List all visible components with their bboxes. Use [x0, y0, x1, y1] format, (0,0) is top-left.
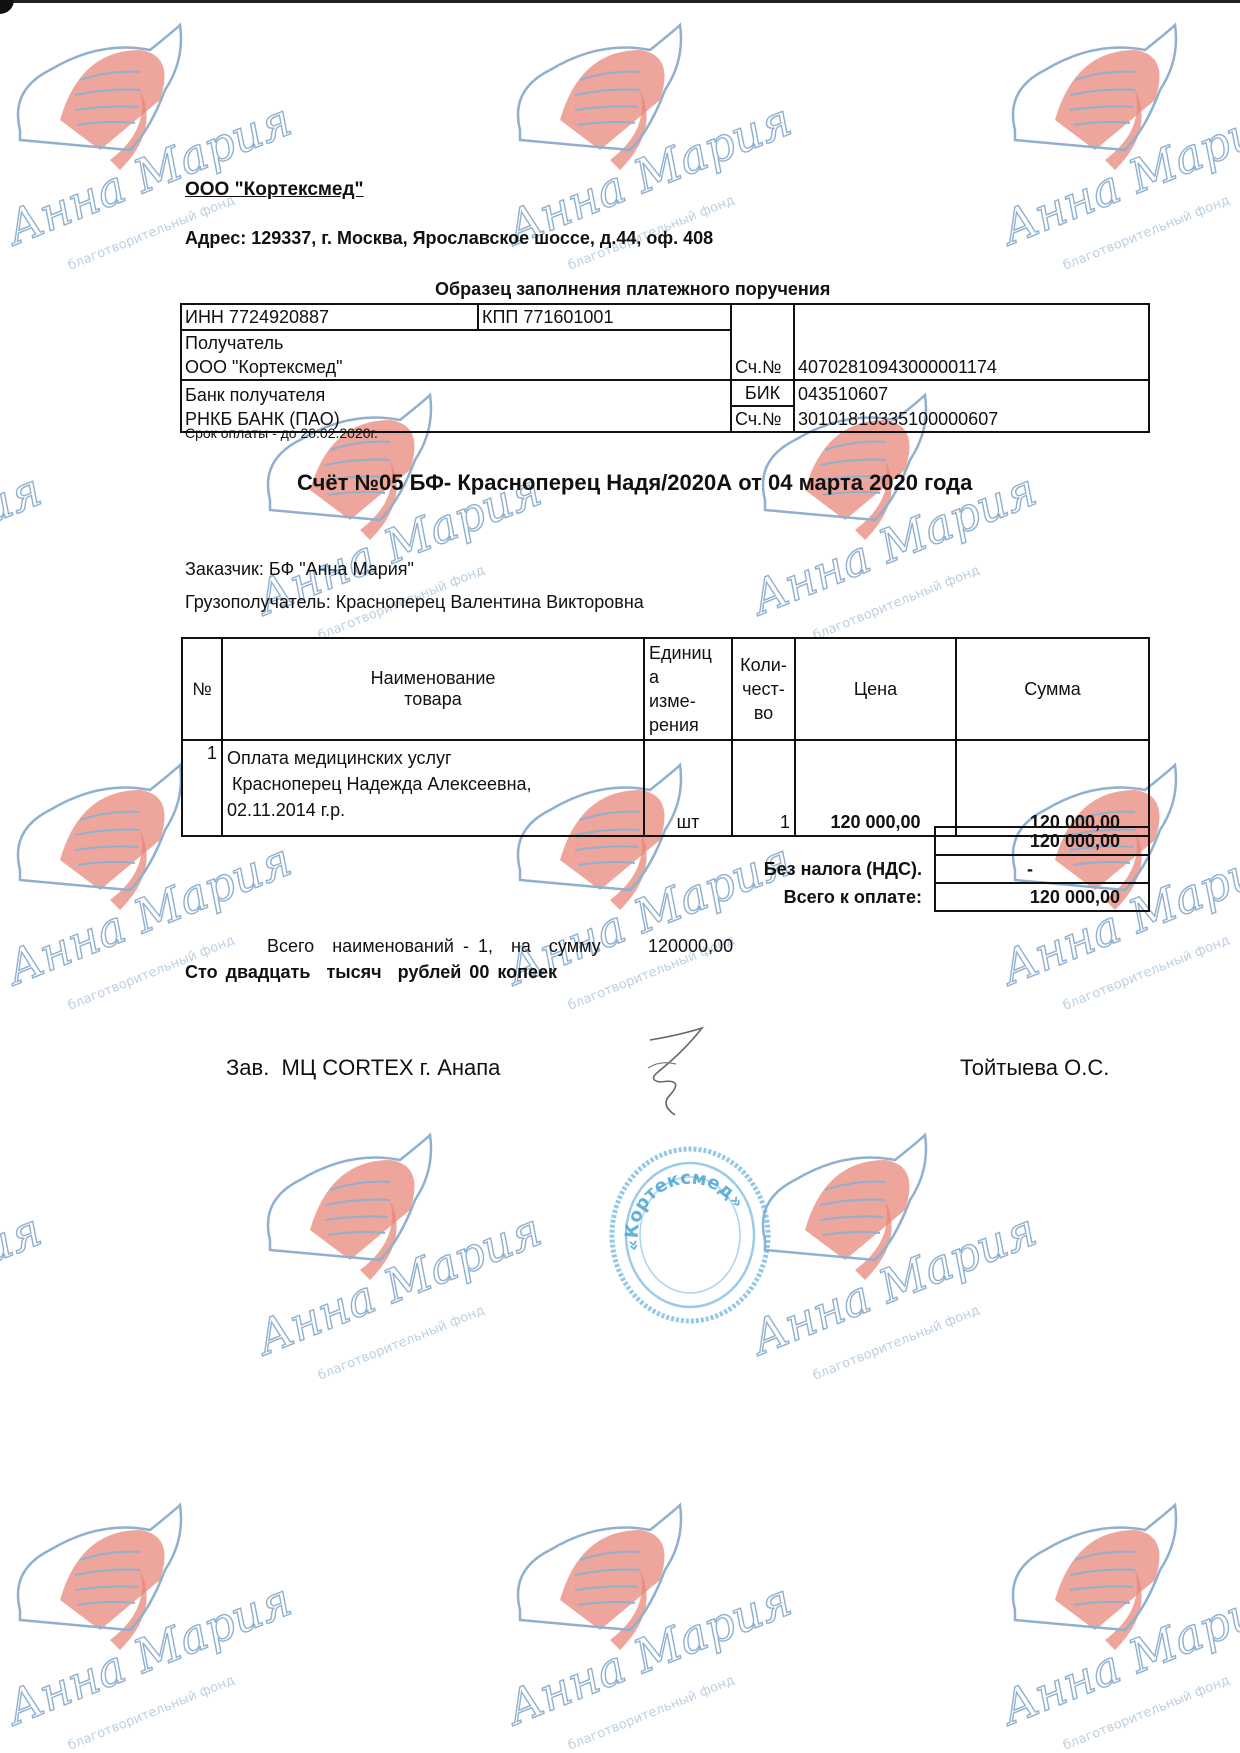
subtotal-label: [700, 827, 935, 855]
svg-text:Анна Мария: Анна Мария: [745, 1202, 1044, 1366]
svg-text:благотворительный фонд: благотворительный фонд: [66, 1673, 237, 1753]
col-qty: Коли- чест- во: [732, 638, 795, 740]
customer-line: Заказчик: БФ "Анна Мария": [185, 559, 414, 580]
account-label: Сч.№: [731, 330, 794, 380]
col-sum: Сумма: [956, 638, 1149, 740]
col-qty-line3: во: [737, 701, 790, 725]
scan-corner: [0, 0, 14, 14]
corr-account-label: Сч.№: [731, 406, 794, 432]
col-unit-line2: а: [649, 665, 727, 689]
svg-text:благотворительный фонд: благотворительный фонд: [1061, 1673, 1232, 1753]
col-unit-line3: изме-: [649, 689, 727, 713]
col-price: Цена: [795, 638, 956, 740]
signatory-role: Зав. МЦ CORTEX г. Анапа: [226, 1055, 500, 1081]
charity-watermark: Анна Мария благотворительный фонд: [500, 1490, 800, 1753]
charity-watermark: Анна Мария благотворительный фонд: [0, 380, 50, 650]
row-price: 120 000,00: [795, 740, 956, 836]
bank-label: Банк получателя: [185, 383, 727, 407]
payment-sample-title: Образец заполнения платежного поручения: [435, 279, 830, 300]
account-label-top: [731, 304, 794, 330]
charity-watermark: Анна Мария благотворительный фонд: [0, 1120, 50, 1390]
svg-text:Анна Мария: Анна Мария: [0, 1202, 49, 1366]
row-name: Оплата медицинских услуг Красноперец Над…: [222, 740, 644, 836]
svg-text:Анна Мария: Анна Мария: [0, 1572, 299, 1736]
account-top-empty: [794, 304, 1149, 330]
row-unit: шт: [644, 740, 732, 836]
svg-text:благотворительный фонд: благотворительный фонд: [811, 563, 982, 644]
items-header-row: № Наименование товара Единиц а изме- рен…: [182, 638, 1149, 740]
consignee-line: Грузополучатель: Красноперец Валентина В…: [185, 592, 644, 613]
row-name-line1: Оплата медицинских услуг: [227, 745, 639, 771]
invoice-title: Счёт №05 БФ- Красноперец Надя/2020А от 0…: [297, 470, 972, 496]
recipient-label: Получатель: [185, 331, 727, 355]
col-qty-line2: чест-: [737, 677, 790, 701]
company-stamp: «Кортексмед»: [605, 1140, 775, 1330]
inn-cell: ИНН 7724920887: [181, 304, 478, 330]
charity-watermark: Анна Мария благотворительный фонд: [745, 1120, 1045, 1390]
bank-details-table: ИНН 7724920887 КПП 771601001 Получатель …: [180, 303, 1150, 433]
subtotal-value: 120 000,00: [935, 827, 1149, 855]
vat-label: Без налога (НДС).: [700, 855, 935, 883]
col-unit-line1: Единиц: [649, 641, 727, 665]
bik-value: 043510607: [794, 380, 1149, 406]
page-top-edge: [0, 0, 1240, 3]
col-unit: Единиц а изме- рения: [644, 638, 732, 740]
company-name: ООО "Кортексмед": [185, 179, 364, 201]
col-name-line2: товара: [227, 689, 639, 710]
handwritten-signature: [630, 1020, 720, 1120]
row-qty: 1: [732, 740, 795, 836]
row-sum: 120 000,00: [956, 740, 1149, 836]
items-count-sum: 120000,00: [648, 936, 733, 957]
row-name-line2: Красноперец Надежда Алексеевна,: [227, 771, 639, 797]
items-table: № Наименование товара Единиц а изме- рен…: [181, 637, 1150, 837]
svg-text:«Кортексмед»: «Кортексмед»: [622, 1167, 749, 1252]
kpp-cell: КПП 771601001: [478, 304, 731, 330]
col-num: №: [182, 638, 222, 740]
charity-watermark: Анна Мария благотворительный фонд: [0, 1490, 300, 1753]
svg-text:благотворительный фонд: благотворительный фонд: [811, 1303, 982, 1384]
table-row: 1 Оплата медицинских услуг Красноперец Н…: [182, 740, 1149, 836]
col-name: Наименование товара: [222, 638, 644, 740]
amount-in-words: Сто двадцать тысяч рублей 00 копеек: [185, 962, 557, 983]
col-name-line1: Наименование: [227, 668, 639, 689]
svg-text:Анна Мария: Анна Мария: [250, 1202, 549, 1366]
charity-watermark: Анна Мария благотворительный фонд: [995, 10, 1240, 280]
payment-deadline: Срок оплаты - до 20.02.2020г.: [185, 425, 378, 441]
charity-watermark: Анна Мария благотворительный фонд: [250, 1120, 550, 1390]
svg-text:благотворительный фонд: благотворительный фонд: [1061, 933, 1232, 1014]
svg-text:Анна Мария: Анна Мария: [995, 92, 1240, 256]
items-count-line: Всего наименований - 1, на сумму: [267, 936, 601, 957]
bik-label: БИК: [731, 380, 794, 406]
signatory-name: Тойтыева О.С.: [960, 1055, 1109, 1081]
charity-watermark: Анна Мария благотворительный фонд: [995, 1490, 1240, 1753]
totals-table: 120 000,00 Без налога (НДС). - Всего к о…: [700, 826, 1150, 912]
svg-text:Анна Мария: Анна Мария: [0, 462, 49, 626]
col-unit-line4: рения: [649, 713, 727, 737]
svg-text:Анна Мария: Анна Мария: [995, 1572, 1240, 1736]
row-num: 1: [182, 740, 222, 836]
col-qty-line1: Коли-: [737, 653, 790, 677]
svg-text:благотворительный фонд: благотворительный фонд: [1061, 193, 1232, 274]
corr-account-value: 30101810335100000607: [794, 406, 1149, 432]
row-name-line3: 02.11.2014 г.р.: [227, 797, 639, 823]
recipient-account: 40702810943000001174: [794, 330, 1149, 380]
company-address: Адрес: 129337, г. Москва, Ярославское шо…: [185, 228, 713, 249]
total-label: Всего к оплате:: [700, 883, 935, 911]
vat-value: -: [935, 855, 1149, 883]
total-value: 120 000,00: [935, 883, 1149, 911]
svg-text:Анна Мария: Анна Мария: [500, 1572, 799, 1736]
recipient-cell: Получатель ООО "Кортексмед": [181, 330, 731, 380]
svg-text:благотворительный фонд: благотворительный фонд: [316, 1303, 487, 1384]
recipient-name: ООО "Кортексмед": [185, 355, 727, 379]
svg-text:благотворительный фонд: благотворительный фонд: [566, 1673, 737, 1753]
